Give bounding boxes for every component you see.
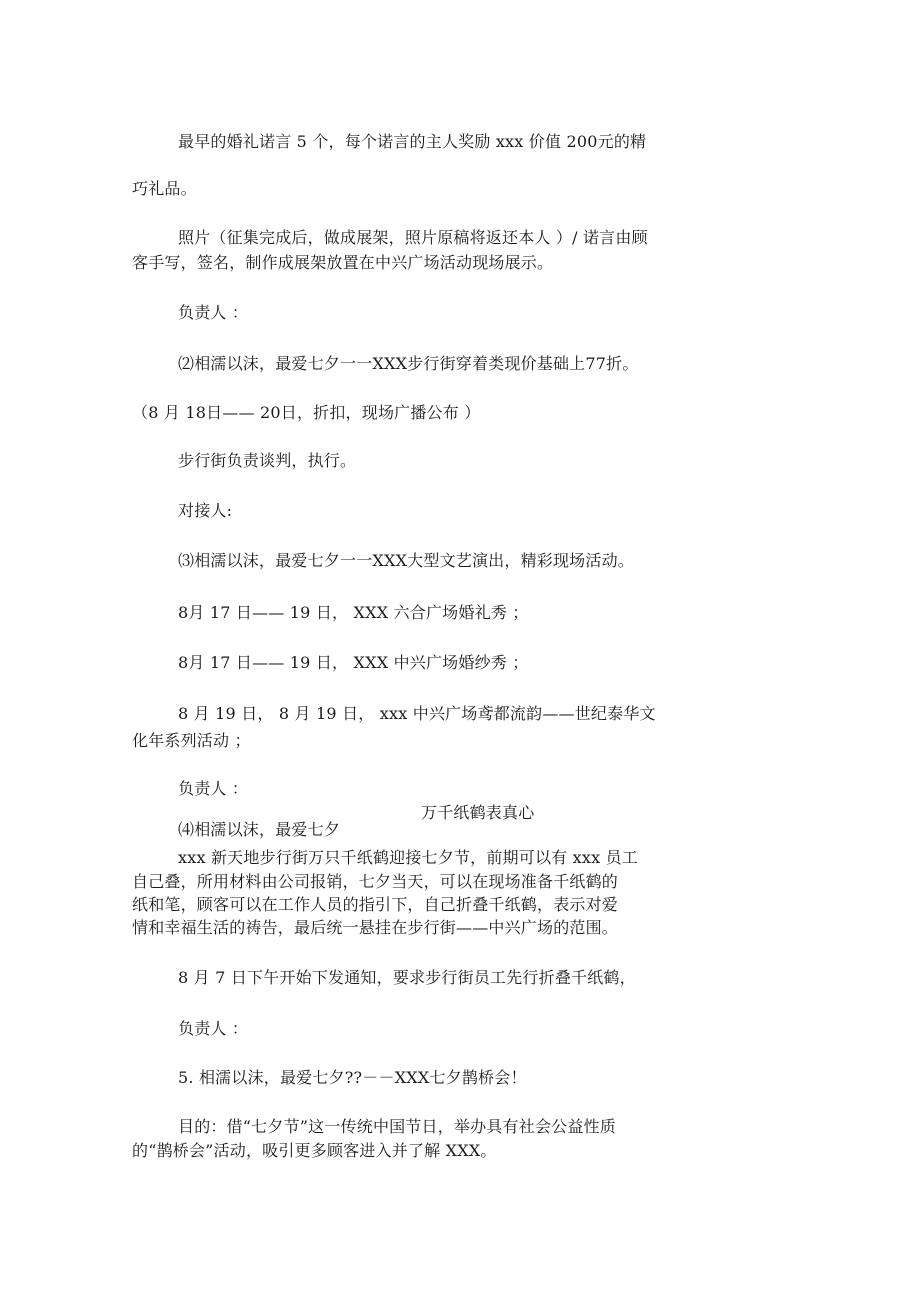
item-2-heading: ⑵相濡以沫，最爱七夕一一XXX步行街穿着类现价基础上77折。 (178, 354, 639, 374)
item-5-heading: 5. 相濡以沫，最爱七夕??－－XXX七夕鹊桥会！ (178, 1068, 527, 1088)
responsible-person-label-3: 负责人 ： (178, 1019, 248, 1039)
item-4-subtitle: 万千纸鹤表真心 (421, 803, 534, 823)
paper-crane-paragraph-line-1: xxx 新天地步行街万只千纸鹤迎接七夕节，前期可以有 xxx 员工 (178, 848, 638, 868)
paragraph-photo-display-line-1: 照片（征集完成后，做成展架，照片原稿将返还本人 ）/ 诺言由顾 (178, 228, 648, 248)
purpose-paragraph-line-2: 的“鹊桥会”活动，吸引更多顾客进入并了解 XXX。 (132, 1141, 497, 1161)
contact-person-label: 对接人: (178, 501, 232, 521)
paragraph-wedding-vows-line-2: 巧礼品。 (132, 179, 197, 199)
notice-august-7: 8 月 7 日下午开始下发通知，要求步行街员工先行折叠千纸鹤， (178, 968, 636, 988)
paper-crane-paragraph-line-4: 情和幸福生活的祷告，最后统一悬挂在步行街——中兴广场的范围。 (132, 918, 618, 938)
paper-crane-paragraph-line-2: 自己叠，所用材料由公司报销，七夕当天，可以在现场准备千纸鹤的 (132, 872, 618, 892)
paragraph-wedding-vows-line-1: 最早的婚礼诺言 5 个，每个诺言的主人奖励 xxx 价值 200元的精 (178, 132, 646, 152)
event-zhongxing-gown-show: 8月 17 日—— 19 日， XXX 中兴广场婚纱秀 ； (178, 653, 528, 673)
event-liuhe-wedding-show: 8月 17 日—— 19 日， XXX 六合广场婚礼秀 ； (178, 603, 528, 623)
responsible-person-label-2: 负责人 ： (178, 779, 248, 799)
item-3-heading: ⑶相濡以沫，最爱七夕一一XXX大型文艺演出，精彩现场活动。 (178, 551, 634, 571)
item-4-heading: ⑷相濡以沫，最爱七夕 (178, 820, 340, 840)
paragraph-photo-display-line-2: 客手写，签名，制作成展架放置在中兴广场活动现场展示。 (132, 253, 553, 273)
paper-crane-paragraph-line-3: 纸和笔，顾客可以在工作人员的指引下，自己折叠千纸鹤，表示对爱 (132, 895, 618, 915)
event-cultural-series-line-1: 8 月 19 日， 8 月 19 日， xxx 中兴广场鸢都流韵——世纪泰华文 (178, 704, 656, 724)
responsible-person-label-1: 负责人 ： (178, 303, 248, 323)
item-2-negotiation: 步行街负责谈判，执行。 (178, 451, 356, 471)
item-2-date-note: （8 月 18日—— 20日，折扣，现场广播公布 ） (132, 403, 480, 423)
event-cultural-series-line-2: 化年系列活动 ； (132, 731, 251, 751)
purpose-paragraph-line-1: 目的：借“七夕节”这一传统中国节日，举办具有社会公益性质 (178, 1117, 616, 1137)
